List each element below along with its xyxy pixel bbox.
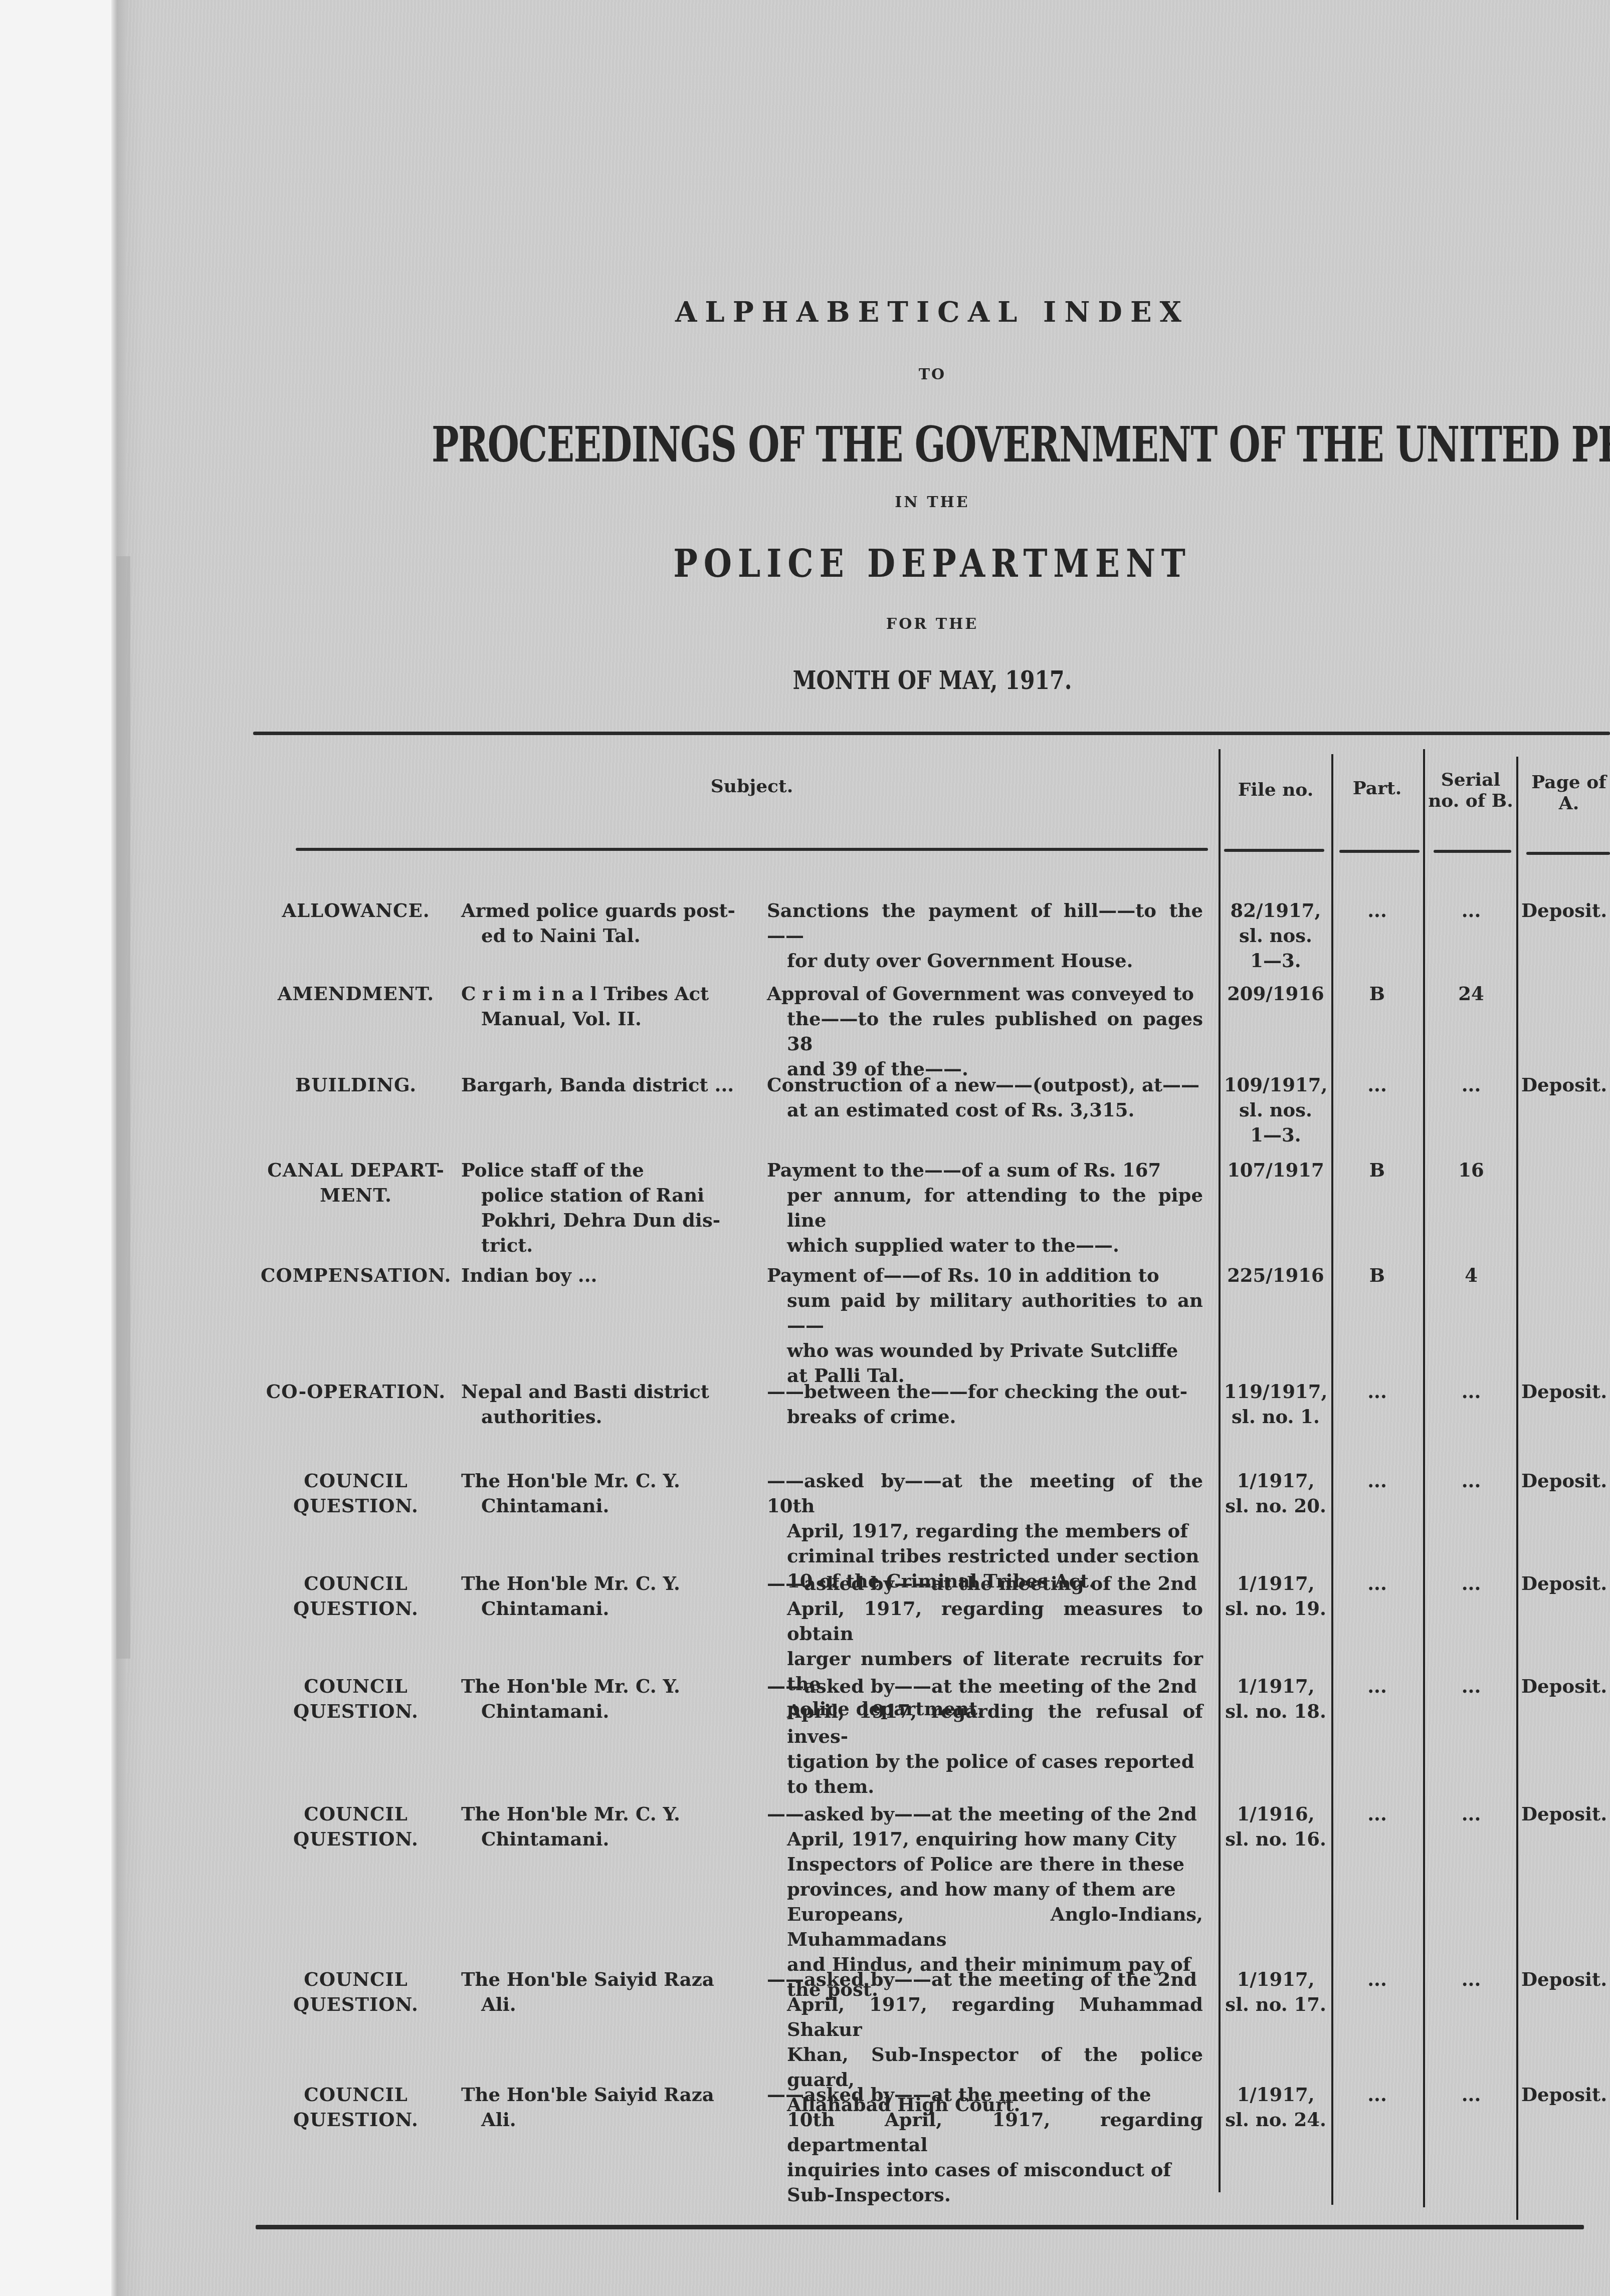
row-subject-line: Nepal and Basti district: [461, 1379, 747, 1404]
header-file-no: File no.: [1223, 779, 1328, 800]
row-subject-line: The Hon'ble Mr. C. Y.: [461, 1468, 747, 1493]
row-subject-line: The Hon'ble Saiyid Raza: [461, 2082, 747, 2107]
row-part: ...: [1333, 1967, 1421, 1992]
row-subject-line: C r i m i n a l Tribes Act: [461, 981, 747, 1006]
row-description-line: Europeans, Anglo-Indians, Muhammadans: [767, 1902, 1203, 1952]
row-description: Construction of a new——(outpost), at——at…: [767, 1072, 1203, 1122]
row-file-no-line: sl. no. 24.: [1223, 2107, 1328, 2132]
row-serial-no: 24: [1426, 981, 1516, 1006]
row-heading: ALLOWANCE.: [261, 898, 451, 923]
row-subject: The Hon'ble Mr. C. Y.Chintamani.: [461, 1468, 747, 1518]
row-heading: CANAL DEPART-MENT.: [261, 1158, 451, 1208]
row-page-of-a: Deposit.: [1521, 898, 1609, 923]
row-heading: COUNCILQUESTION.: [261, 1571, 451, 1621]
row-subject: The Hon'ble Mr. C. Y.Chintamani.: [461, 1801, 747, 1852]
row-file-no-line: 209/1916: [1223, 981, 1328, 1006]
header-page-of-a: Page of A.: [1519, 772, 1610, 814]
row-heading-line: QUESTION.: [261, 1992, 451, 2017]
row-heading-line: AMENDMENT.: [261, 981, 451, 1006]
row-page-of-a: Deposit.: [1521, 1571, 1609, 1596]
row-heading: BUILDING.: [261, 1072, 451, 1097]
row-serial-no: ...: [1426, 1674, 1516, 1699]
row-description-line: April, 1917, regarding Muhammad Shakur: [767, 1992, 1203, 2042]
row-description: ——between the——for checking the out-brea…: [767, 1379, 1203, 1429]
row-subject-line: Chintamani.: [461, 1596, 747, 1621]
row-description-line: tigation by the police of cases reported: [767, 1749, 1203, 1774]
row-serial-no: ...: [1426, 2082, 1516, 2107]
row-file-no: 119/1917,sl. no. 1.: [1223, 1379, 1328, 1429]
row-heading-line: COUNCIL: [261, 1468, 451, 1493]
row-subject: The Hon'ble Saiyid RazaAli.: [461, 1967, 747, 2017]
row-description: Approval of Government was conveyed toth…: [767, 981, 1203, 1081]
row-file-no: 1/1917,sl. no. 17.: [1223, 1967, 1328, 2017]
row-description: Payment to the——of a sum of Rs. 167per a…: [767, 1158, 1203, 1258]
row-file-no-line: 1/1917,: [1223, 2082, 1328, 2107]
row-subject-line: The Hon'ble Mr. C. Y.: [461, 1571, 747, 1596]
row-serial-no: ...: [1426, 1468, 1516, 1493]
row-heading-line: ALLOWANCE.: [261, 898, 451, 923]
row-part: ...: [1333, 1468, 1421, 1493]
row-subject-line: Ali.: [461, 2107, 747, 2132]
title-in-the: IN THE: [256, 494, 1609, 511]
row-page-of-a: Deposit.: [1521, 2082, 1609, 2107]
row-page-of-a: Deposit.: [1521, 1468, 1609, 1493]
row-description-line: ——between the——for checking the out-: [767, 1379, 1203, 1404]
row-file-no-line: 1/1916,: [1223, 1801, 1328, 1826]
binding-strip: [116, 556, 130, 1659]
row-subject-line: Chintamani.: [461, 1826, 747, 1852]
row-part: ...: [1333, 2082, 1421, 2107]
row-part: B: [1333, 981, 1421, 1006]
header-underline-file: [1224, 849, 1324, 852]
row-page-of-a: Deposit.: [1521, 1072, 1609, 1097]
row-subject: The Hon'ble Saiyid RazaAli.: [461, 2082, 747, 2132]
row-file-no-line: 1—3.: [1223, 948, 1328, 973]
row-description-line: at an estimated cost of Rs. 3,315.: [767, 1097, 1203, 1122]
row-file-no: 82/1917,sl. nos.1—3.: [1223, 898, 1328, 973]
row-file-no-line: sl. no. 18.: [1223, 1699, 1328, 1724]
row-description-line: the——to the rules published on pages 38: [767, 1006, 1203, 1056]
row-description: Payment of——of Rs. 10 in addition tosum …: [767, 1263, 1203, 1388]
row-heading: AMENDMENT.: [261, 981, 451, 1006]
row-heading-line: QUESTION.: [261, 1493, 451, 1518]
row-description: ——asked by——at the meeting of the10th Ap…: [767, 2082, 1203, 2207]
row-description-line: inquiries into cases of misconduct of: [767, 2157, 1203, 2182]
row-serial-no: 4: [1426, 1263, 1516, 1288]
table-bottom-rule: [256, 2225, 1584, 2229]
row-file-no-line: 1/1917,: [1223, 1468, 1328, 1493]
row-file-no-line: sl. no. 16.: [1223, 1826, 1328, 1852]
row-file-no: 1/1917,sl. no. 24.: [1223, 2082, 1328, 2132]
title-police-department: POLICE DEPARTMENT: [357, 541, 1508, 586]
row-description-line: ——asked by——at the meeting of the 2nd: [767, 1967, 1203, 1992]
row-serial-no: ...: [1426, 898, 1516, 923]
row-file-no: 107/1917: [1223, 1158, 1328, 1183]
row-subject-line: Chintamani.: [461, 1493, 747, 1518]
header-page-line2: A.: [1519, 793, 1610, 814]
row-subject-line: authorities.: [461, 1404, 747, 1429]
row-subject-line: ed to Naini Tal.: [461, 923, 747, 948]
row-description-line: for duty over Government House.: [767, 948, 1203, 973]
row-subject: The Hon'ble Mr. C. Y.Chintamani.: [461, 1674, 747, 1724]
row-description-line: who was wounded by Private Sutcliffe: [767, 1338, 1203, 1363]
row-subject: Bargarh, Banda district ...: [461, 1072, 747, 1097]
row-serial-no: ...: [1426, 1072, 1516, 1097]
row-subject-line: The Hon'ble Mr. C. Y.: [461, 1801, 747, 1826]
row-description-line: Approval of Government was conveyed to: [767, 981, 1203, 1006]
row-heading-line: QUESTION.: [261, 2107, 451, 2132]
row-heading-line: CO-OPERATION.: [261, 1379, 451, 1404]
row-description-line: Construction of a new——(outpost), at——: [767, 1072, 1203, 1097]
row-heading-line: BUILDING.: [261, 1072, 451, 1097]
row-part: ...: [1333, 898, 1421, 923]
row-part: ...: [1333, 1674, 1421, 1699]
row-heading: COUNCILQUESTION.: [261, 1801, 451, 1852]
row-subject-line: Ali.: [461, 1992, 747, 2017]
header-page-line1: Page of: [1519, 772, 1610, 793]
row-heading: COUNCILQUESTION.: [261, 1967, 451, 2017]
row-heading-line: COUNCIL: [261, 1674, 451, 1699]
row-file-no-line: sl. no. 20.: [1223, 1493, 1328, 1518]
row-subject: The Hon'ble Mr. C. Y.Chintamani.: [461, 1571, 747, 1621]
title-for-the: FOR THE: [256, 615, 1609, 633]
row-heading-line: COUNCIL: [261, 1801, 451, 1826]
row-description-line: 10th April, 1917, regarding departmental: [767, 2107, 1203, 2157]
row-file-no: 1/1917,sl. no. 19.: [1223, 1571, 1328, 1621]
row-heading: COUNCILQUESTION.: [261, 1468, 451, 1518]
row-file-no-line: 119/1917,: [1223, 1379, 1328, 1404]
title-alphabetical-index: ALPHABETICAL INDEX: [256, 296, 1609, 329]
row-subject-line: Pokhri, Dehra Dun dis-: [461, 1208, 747, 1233]
title-month: MONTH OF MAY, 1917.: [357, 665, 1508, 695]
row-heading-line: COUNCIL: [261, 2082, 451, 2107]
column-divider-file: [1219, 749, 1221, 2192]
row-heading-line: MENT.: [261, 1183, 451, 1208]
row-description-line: April, 1917, regarding measures to obtai…: [767, 1596, 1203, 1646]
row-subject: Armed police guards post-ed to Naini Tal…: [461, 898, 747, 948]
row-description-line: to them.: [767, 1774, 1203, 1799]
row-file-no-line: sl. nos.: [1223, 1097, 1328, 1122]
row-file-no: 225/1916: [1223, 1263, 1328, 1288]
row-subject-line: Manual, Vol. II.: [461, 1006, 747, 1031]
row-description-line: Sub-Inspectors.: [767, 2182, 1203, 2207]
row-description-line: criminal tribes restricted under section: [767, 1543, 1203, 1568]
table-top-rule: [253, 732, 1610, 735]
row-heading: CO-OPERATION.: [261, 1379, 451, 1404]
title-proceedings: PROCEEDINGS OF THE GOVERNMENT OF THE UNI…: [432, 416, 1433, 474]
row-file-no: 1/1917,sl. no. 20.: [1223, 1468, 1328, 1518]
row-part: ...: [1333, 1072, 1421, 1097]
row-subject-line: Bargarh, Banda district ...: [461, 1072, 747, 1097]
row-description-line: per annum, for attending to the pipe lin…: [767, 1183, 1203, 1233]
row-heading-line: CANAL DEPART-: [261, 1158, 451, 1183]
row-file-no-line: sl. nos.: [1223, 923, 1328, 948]
row-subject: Police staff of thepolice station of Ran…: [461, 1158, 747, 1258]
row-description-line: Sanctions the payment of hill——to the——: [767, 898, 1203, 948]
header-serial-line2: no. of B.: [1425, 790, 1516, 811]
header-part: Part.: [1333, 778, 1421, 799]
row-serial-no: ...: [1426, 1967, 1516, 1992]
row-heading: COUNCILQUESTION.: [261, 1674, 451, 1724]
row-file-no: 209/1916: [1223, 981, 1328, 1006]
row-file-no-line: 1/1917,: [1223, 1571, 1328, 1596]
row-subject-line: Chintamani.: [461, 1699, 747, 1724]
header-underline-page: [1526, 852, 1610, 855]
row-file-no-line: 107/1917: [1223, 1158, 1328, 1183]
row-page-of-a: Deposit.: [1521, 1967, 1609, 1992]
row-description-line: April, 1917, enquiring how many City: [767, 1826, 1203, 1852]
row-description-line: sum paid by military authorities to an——: [767, 1288, 1203, 1338]
row-subject-line: Armed police guards post-: [461, 898, 747, 923]
row-page-of-a: Deposit.: [1521, 1379, 1609, 1404]
row-serial-no: ...: [1426, 1379, 1516, 1404]
row-subject-line: Police staff of the: [461, 1158, 747, 1183]
row-description-line: which supplied water to the——.: [767, 1233, 1203, 1258]
row-heading-line: COMPENSATION.: [261, 1263, 451, 1288]
row-subject: Indian boy ...: [461, 1263, 747, 1288]
header-underline-part: [1339, 850, 1420, 853]
row-file-no-line: 1/1917,: [1223, 1967, 1328, 1992]
row-subject: Nepal and Basti districtauthorities.: [461, 1379, 747, 1429]
row-serial-no: ...: [1426, 1801, 1516, 1826]
row-file-no-line: sl. no. 1.: [1223, 1404, 1328, 1429]
row-description-line: breaks of crime.: [767, 1404, 1203, 1429]
header-serial: Serial no. of B.: [1425, 769, 1516, 811]
row-part: ...: [1333, 1379, 1421, 1404]
row-description-line: April, 1917, regarding the members of: [767, 1518, 1203, 1543]
row-file-no-line: 1—3.: [1223, 1122, 1328, 1147]
row-file-no-line: 1/1917,: [1223, 1674, 1328, 1699]
row-description-line: ——asked by——at the meeting of the 10th: [767, 1468, 1203, 1518]
row-description-line: Payment to the——of a sum of Rs. 167: [767, 1158, 1203, 1183]
row-file-no: 1/1916,sl. no. 16.: [1223, 1801, 1328, 1852]
header-subject: Subject.: [652, 776, 852, 797]
row-description-line: provinces, and how many of them are: [767, 1877, 1203, 1902]
column-divider-page: [1516, 757, 1518, 2220]
title-to: TO: [256, 366, 1609, 383]
row-heading-line: QUESTION.: [261, 1699, 451, 1724]
row-part: B: [1333, 1158, 1421, 1183]
row-subject-line: The Hon'ble Saiyid Raza: [461, 1967, 747, 1992]
row-heading-line: COUNCIL: [261, 1571, 451, 1596]
row-description: Sanctions the payment of hill——to the——f…: [767, 898, 1203, 973]
header-underline-subject: [296, 848, 1208, 851]
row-heading: COMPENSATION.: [261, 1263, 451, 1288]
row-heading: COUNCILQUESTION.: [261, 2082, 451, 2132]
row-description-line: April, 1917, regarding the refusal of in…: [767, 1699, 1203, 1749]
row-description-line: ——asked by——at the meeting of the 2nd: [767, 1801, 1203, 1826]
column-divider-serial: [1423, 749, 1425, 2207]
row-page-of-a: Deposit.: [1521, 1801, 1609, 1826]
row-part: ...: [1333, 1571, 1421, 1596]
row-description: ——asked by——at the meeting of the 2ndApr…: [767, 1674, 1203, 1799]
row-subject: C r i m i n a l Tribes ActManual, Vol. I…: [461, 981, 747, 1031]
row-subject-line: police station of Rani: [461, 1183, 747, 1208]
row-part: B: [1333, 1263, 1421, 1288]
row-heading-line: QUESTION.: [261, 1596, 451, 1621]
row-serial-no: ...: [1426, 1571, 1516, 1596]
row-heading-line: COUNCIL: [261, 1967, 451, 1992]
row-file-no-line: 82/1917,: [1223, 898, 1328, 923]
row-file-no-line: sl. no. 19.: [1223, 1596, 1328, 1621]
row-part: ...: [1333, 1801, 1421, 1826]
header-underline-serial: [1434, 850, 1511, 853]
row-description-line: Inspectors of Police are there in these: [767, 1852, 1203, 1877]
row-file-no-line: 225/1916: [1223, 1263, 1328, 1288]
row-file-no: 1/1917,sl. no. 18.: [1223, 1674, 1328, 1724]
row-description-line: Payment of——of Rs. 10 in addition to: [767, 1263, 1203, 1288]
row-file-no: 109/1917,sl. nos.1—3.: [1223, 1072, 1328, 1147]
row-file-no-line: sl. no. 17.: [1223, 1992, 1328, 2017]
row-serial-no: 16: [1426, 1158, 1516, 1183]
row-page-of-a: Deposit.: [1521, 1674, 1609, 1699]
row-description-line: ——asked by——at the meeting of the 2nd: [767, 1571, 1203, 1596]
row-subject-line: The Hon'ble Mr. C. Y.: [461, 1674, 747, 1699]
row-heading-line: QUESTION.: [261, 1826, 451, 1852]
header-serial-line1: Serial: [1425, 769, 1516, 790]
row-file-no-line: 109/1917,: [1223, 1072, 1328, 1097]
row-subject-line: trict.: [461, 1233, 747, 1258]
row-subject-line: Indian boy ...: [461, 1263, 747, 1288]
row-description-line: ——asked by——at the meeting of the 2nd: [767, 1674, 1203, 1699]
row-description-line: ——asked by——at the meeting of the: [767, 2082, 1203, 2107]
